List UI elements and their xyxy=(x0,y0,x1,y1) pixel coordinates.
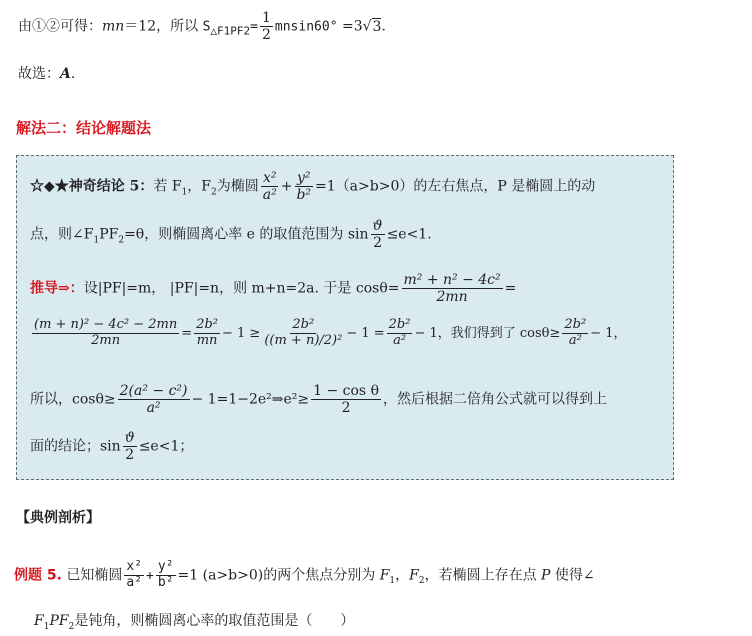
text: 是钝角，则椭圆离心率的取值范围是（ ） xyxy=(74,613,354,629)
text: =1（a>b>0）的左右焦点，P 是椭圆上的动 xyxy=(315,179,595,195)
numerator: 1 xyxy=(260,10,273,27)
fraction: 2b²a² xyxy=(562,318,588,349)
solution-line-1: 由①②可得：mn＝12，所以 S△F1PF2=12mnsin60° =3√3. xyxy=(18,10,386,43)
numerator: y² xyxy=(156,560,176,576)
text: ≤e<1； xyxy=(139,439,194,455)
text: 由①②可得： xyxy=(18,19,102,35)
var-mn: mn xyxy=(102,19,124,35)
text: = xyxy=(181,326,192,341)
text: 为椭圆 xyxy=(217,179,259,195)
text: 点，则∠F xyxy=(30,227,93,243)
text: . xyxy=(71,66,75,82)
arrow-icon: ⇒： xyxy=(58,281,84,297)
fraction-theta-2: ϑ2 xyxy=(123,430,137,463)
numerator: 2b² xyxy=(387,318,413,334)
text: PF xyxy=(99,227,118,243)
text: − 1=1−2e²⇒e²≥ xyxy=(192,392,310,408)
text: =θ，则椭圆离心率 e 的取值范围为 sin xyxy=(124,227,368,243)
denominator: 2mn xyxy=(434,289,469,305)
text: . xyxy=(381,19,385,35)
denominator: 2 xyxy=(340,400,353,416)
var-PF: PF xyxy=(49,613,68,629)
sqrt-value: 3 xyxy=(372,18,382,35)
numerator: ϑ xyxy=(123,430,137,447)
example-label: 例题 5. xyxy=(14,567,62,583)
numerator: 1 − cos θ xyxy=(311,383,381,400)
derivation-line-2: (m + n)² − 4c² − 2mn2mn=2b²mn− 1 ≥2b²((m… xyxy=(30,318,627,349)
fraction-x2-a2: x²a² xyxy=(261,170,279,203)
fraction: 2b²((m + n)/2)² xyxy=(262,318,344,349)
text: 故选： xyxy=(18,66,60,82)
text: 使得∠ xyxy=(555,567,595,583)
text: =1 (a>b>0)的两个焦点分别为 xyxy=(178,567,376,583)
example-line-1: 例题 5. 已知椭圆x²a²+y²b²=1 (a>b>0)的两个焦点分别为 F1… xyxy=(14,560,595,591)
denominator: b² xyxy=(156,576,176,591)
fraction: 2b²a² xyxy=(387,318,413,349)
text: 所以，cosθ≥ xyxy=(30,392,116,408)
text: − 1， xyxy=(590,326,626,341)
fraction-y2-b2: y²b² xyxy=(156,560,176,591)
text: 面的结论；sin xyxy=(30,439,121,455)
denominator: 2 xyxy=(260,27,273,43)
method-2-title: 解法二：结论解题法 xyxy=(16,117,151,138)
example-line-2: F1PF2是钝角，则椭圆离心率的取值范围是（ ） xyxy=(34,610,354,632)
text: + xyxy=(146,568,154,583)
text: mnsin60° xyxy=(275,20,338,35)
text: = xyxy=(250,20,258,35)
numerator: x² xyxy=(124,560,144,576)
conclusion-line-1: ☆◆★神奇结论 5：若 F1，F2为椭圆x²a²+y²b²=1（a>b>0）的左… xyxy=(30,170,595,203)
text: 已知椭圆 xyxy=(66,567,122,583)
text: 若 F xyxy=(153,179,181,195)
denominator: 2 xyxy=(123,447,136,463)
denominator: a² xyxy=(124,576,144,591)
derivation-line-3: 所以，cosθ≥2(a² − c²)a²− 1=1−2e²⇒e²≥1 − cos… xyxy=(30,383,607,416)
text: ，然后根据二倍角公式就可以得到上 xyxy=(383,392,607,408)
text: − 1 ≥ xyxy=(222,326,260,341)
numerator: (m + n)² − 4c² − 2mn xyxy=(32,318,179,334)
denominator: a² xyxy=(391,334,408,349)
conclusion-marker: ☆◆★神奇结论 5： xyxy=(30,179,153,195)
text: ，若椭圆上存在点 xyxy=(425,567,537,583)
numerator: m² + n² − 4c² xyxy=(402,272,503,289)
fraction-y2-b2: y²b² xyxy=(294,170,313,203)
fraction: 1 − cos θ2 xyxy=(311,383,381,416)
denominator: a² xyxy=(261,187,279,203)
sqrt-symbol: √ xyxy=(363,19,372,35)
answer-line: 故选：A. xyxy=(18,63,75,83)
var-F: F xyxy=(409,567,419,583)
var-P: P xyxy=(541,567,550,583)
text: = xyxy=(505,281,517,297)
denominator: a² xyxy=(567,334,584,349)
text: − 1，我们得到了 cosθ≥ xyxy=(414,326,560,341)
denominator: 2 xyxy=(371,235,384,251)
fraction: (m + n)² − 4c² − 2mn2mn xyxy=(32,318,179,349)
answer-value: A xyxy=(60,66,71,82)
text: ≤e<1. xyxy=(387,227,432,243)
numerator: y² xyxy=(295,170,313,187)
area-subscript: △F1PF2 xyxy=(210,24,250,37)
conclusion-line-2: 点，则∠F1PF2=θ，则椭圆离心率 e 的取值范围为 sinϑ2≤e<1. xyxy=(30,218,432,251)
fraction: m² + n² − 4c²2mn xyxy=(402,272,503,305)
text: ， xyxy=(395,567,409,583)
derivation-line-1: 推导⇒：设|PF|=m， |PF|=n，则 m+n=2a. 于是 cosθ=m²… xyxy=(30,272,516,305)
denominator: a² xyxy=(145,400,163,416)
fraction: 2b²mn xyxy=(194,318,220,349)
denominator: 2mn xyxy=(89,334,122,349)
numerator: 2(a² − c²) xyxy=(118,383,190,400)
fraction-half: 12 xyxy=(260,10,273,43)
fraction: 2(a² − c²)a² xyxy=(118,383,190,416)
derivation-line-4: 面的结论；sinϑ2≤e<1； xyxy=(30,430,193,463)
derivation-label: 推导 xyxy=(30,281,58,297)
numerator: x² xyxy=(261,170,279,187)
text: ＝12，所以 xyxy=(124,19,198,35)
text: 设|PF|=m， |PF|=n，则 m+n=2a. 于是 cosθ= xyxy=(84,281,400,297)
denominator: b² xyxy=(294,187,313,203)
text: − 1 = xyxy=(346,326,384,341)
numerator: ϑ xyxy=(371,218,385,235)
denominator: ((m + n)/2)² xyxy=(262,334,344,349)
fraction-x2-a2: x²a² xyxy=(124,560,144,591)
numerator: 2b² xyxy=(562,318,588,334)
text: ，F xyxy=(187,179,211,195)
text: + xyxy=(281,179,293,195)
denominator: mn xyxy=(195,334,220,349)
fraction-theta-2: ϑ2 xyxy=(371,218,385,251)
var-F: F xyxy=(380,567,390,583)
numerator: 2b² xyxy=(290,318,316,334)
numerator: 2b² xyxy=(194,318,220,334)
section-title: 【典例剖析】 xyxy=(16,507,100,527)
var-F: F xyxy=(34,613,44,629)
text: =3 xyxy=(342,19,363,35)
